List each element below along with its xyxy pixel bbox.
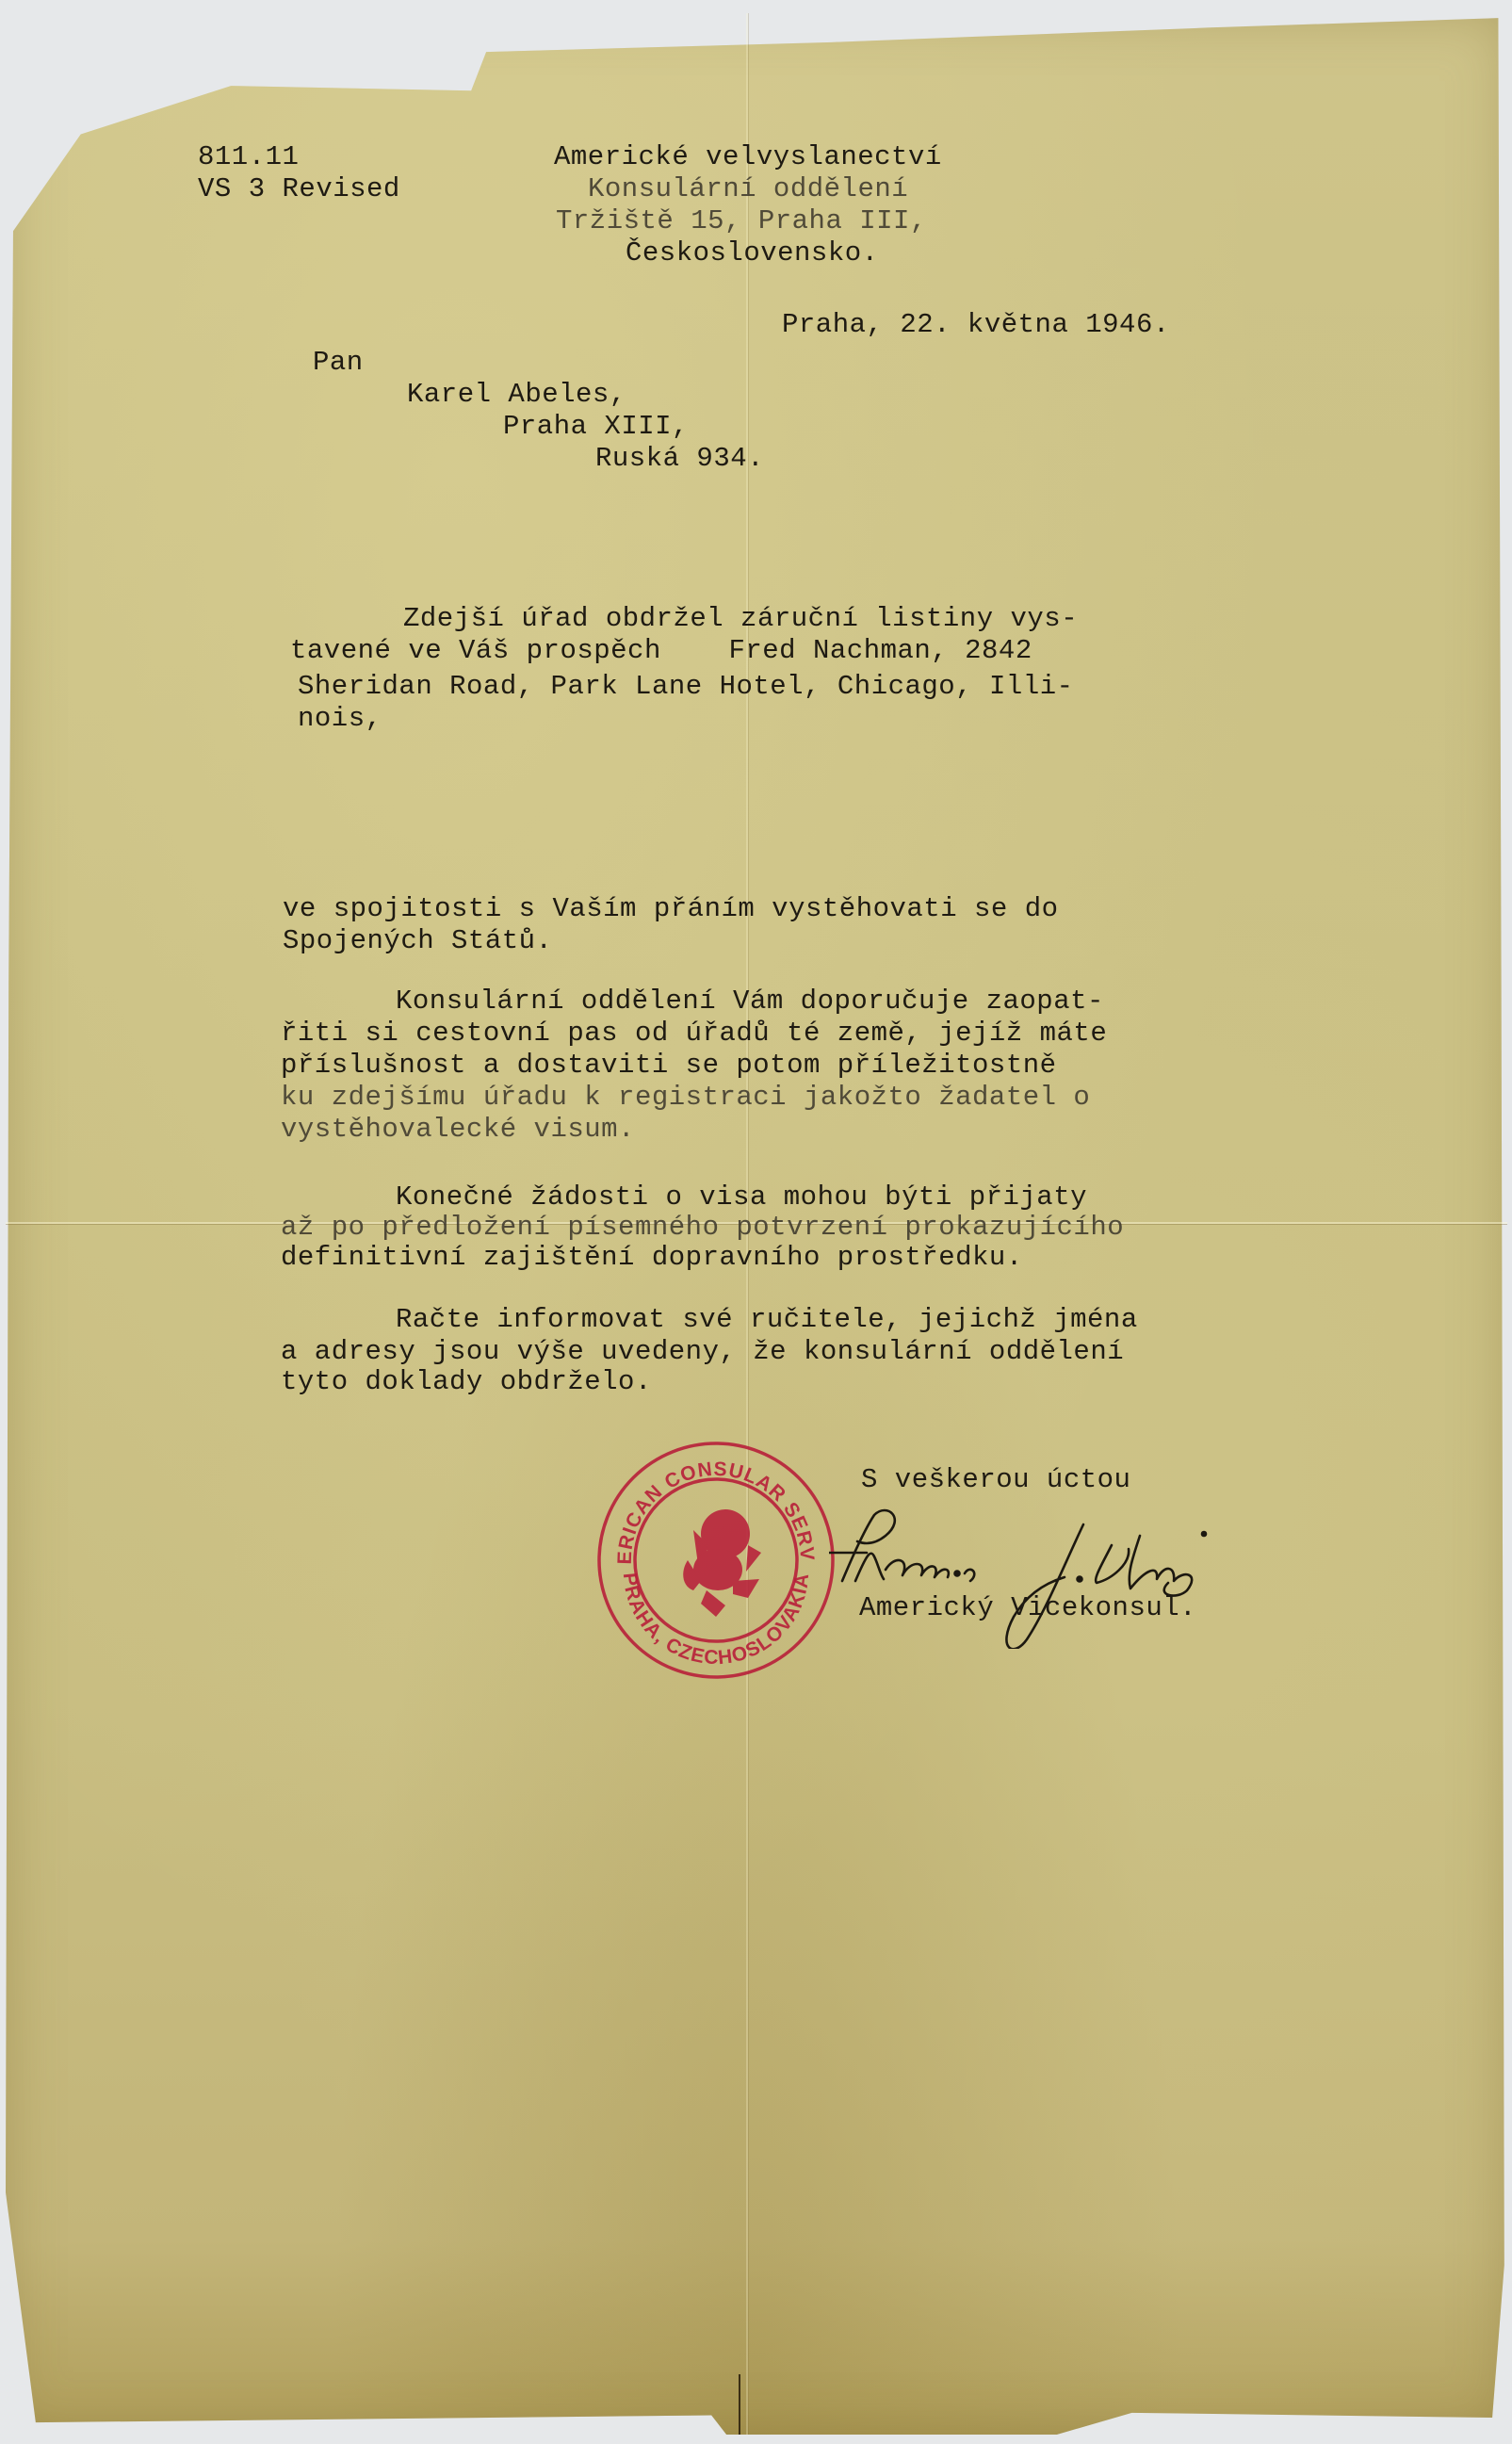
- recipient-city: Praha XIII,: [503, 411, 689, 442]
- file-number: 811.11: [198, 141, 299, 172]
- body-line: ve spojitosti s Vaším přáním vystěhovati…: [283, 893, 1059, 924]
- body-line: a adresy jsou výše uvedeny, že konsulárn…: [281, 1336, 1124, 1367]
- body-line: Spojených Států.: [283, 925, 552, 956]
- handwritten-signature: [829, 1507, 1225, 1649]
- body-line: tavené ve Váš prospěch Fred Nachman, 284…: [290, 635, 1032, 666]
- closing: S veškerou úctou: [861, 1464, 1130, 1495]
- body-line: vystěhovalecké visum.: [281, 1114, 635, 1145]
- letterhead-line-4: Československo.: [626, 237, 879, 269]
- form-label: VS 3 Revised: [198, 173, 400, 204]
- letterhead-line-3: Tržiště 15, Praha III,: [556, 205, 927, 236]
- body-line: řiti si cestovní pas od úřadů té země, j…: [281, 1018, 1107, 1049]
- recipient-salutation: Pan: [313, 347, 364, 378]
- body-line: tyto doklady obdrželo.: [281, 1366, 652, 1397]
- body-line: definitivní zajištění dopravního prostře…: [281, 1242, 1023, 1273]
- paper-tear: [739, 2374, 740, 2435]
- body-line: příslušnost a dostaviti se potom příleži…: [281, 1050, 1057, 1081]
- recipient-name: Karel Abeles,: [407, 379, 626, 410]
- date-line: Praha, 22. května 1946.: [782, 309, 1170, 340]
- body-line: Sheridan Road, Park Lane Hotel, Chicago,…: [298, 671, 1074, 702]
- body-line: nois,: [298, 703, 382, 734]
- recipient-street: Ruská 934.: [595, 443, 764, 474]
- signature-title: Americký Vicekonsul.: [859, 1592, 1196, 1623]
- body-line: ku zdejšímu úřadu k registraci jakožto ž…: [281, 1082, 1090, 1113]
- body-line: Konsulární oddělení Vám doporučuje zaopa…: [396, 986, 1104, 1017]
- eagle-seal-icon: [683, 1509, 761, 1617]
- body-line: Račte informovat své ručitele, jejichž j…: [396, 1304, 1138, 1335]
- body-line: Konečné žádosti o visa mohou býti přijat…: [396, 1181, 1087, 1213]
- body-line: Zdejší úřad obdržel záruční listiny vys-: [403, 603, 1078, 634]
- letterhead-line-1: Americké velvyslanectví: [554, 141, 942, 172]
- letterhead-line-2: Konsulární oddělení: [588, 173, 908, 204]
- consular-stamp: AMERICAN CONSULAR SERVICE PRAHA, CZECHOS…: [595, 1440, 837, 1681]
- body-line: až po předložení písemného potvrzení pro…: [281, 1212, 1124, 1243]
